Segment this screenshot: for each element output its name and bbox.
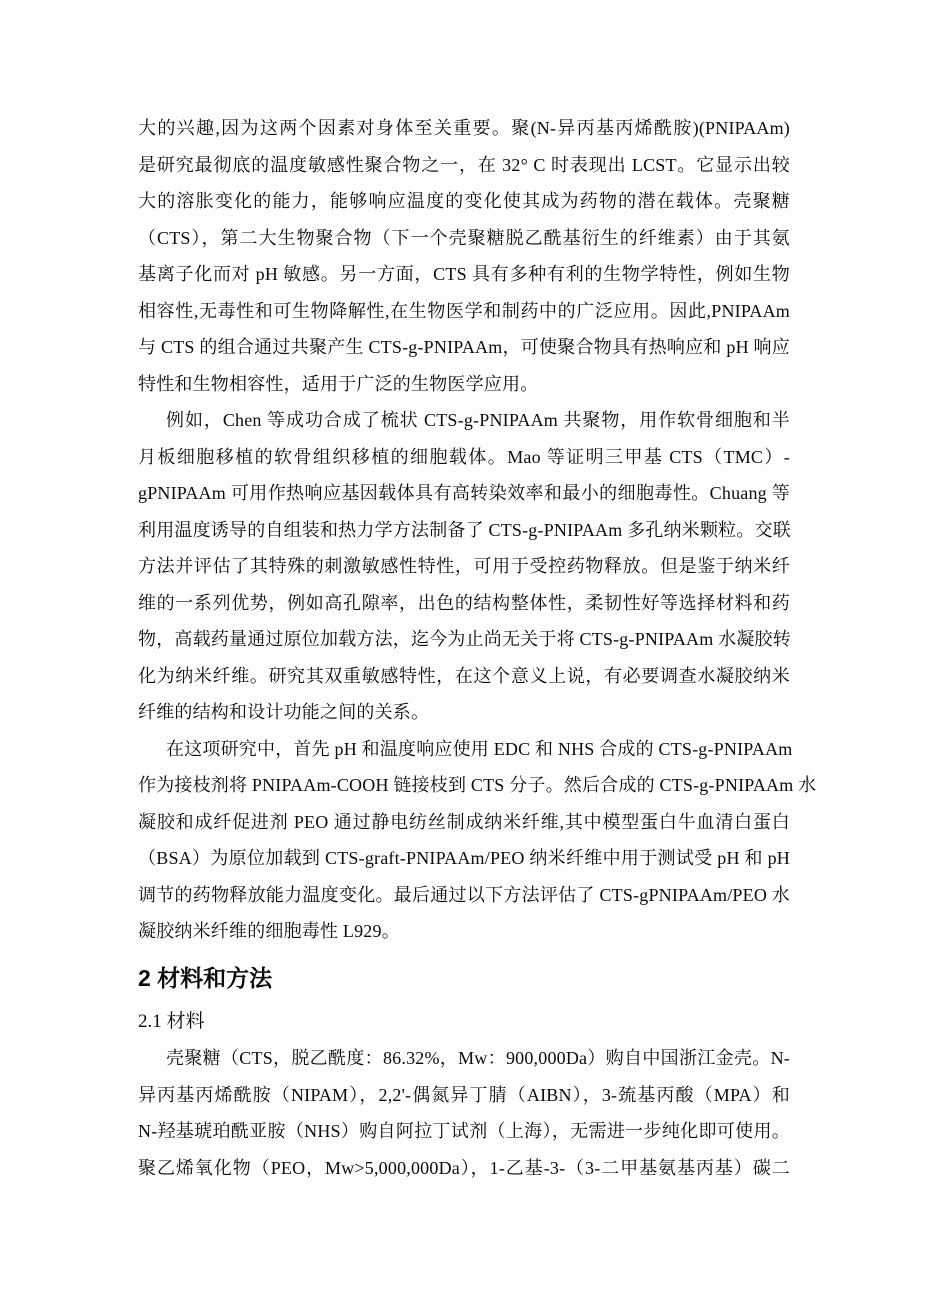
text-line: 作为接枝剂将 PNIPAAm-COOH 链接枝到 CTS 分子。然后合成的 CT… [138,767,790,804]
text-line: 在这项研究中，首先 pH 和温度响应使用 EDC 和 NHS 合成的 CTS-g… [138,731,790,768]
text-line: 例如，Chen 等成功合成了梳状 CTS-g-PNIPAAm 共聚物，用作软骨细… [138,402,790,439]
text-line: 壳聚糖（CTS，脱乙酰度：86.32%，Mw：900,000Da）购自中国浙江金… [138,1040,790,1077]
text-line: 凝胶纳米纤维的细胞毒性 L929。 [138,913,790,950]
text-line: 凝胶和成纤促进剂 PEO 通过静电纺丝制成纳米纤维,其中模型蛋白牛血清白蛋白 [138,804,790,841]
materials-paragraph: 壳聚糖（CTS，脱乙酰度：86.32%，Mw：900,000Da）购自中国浙江金… [138,1040,790,1186]
intro-section: 大的兴趣,因为这两个因素对身体至关重要。聚(N-异丙基丙烯酰胺)(PNIPAAm… [138,110,790,950]
text-line: 月板细胞移植的软骨组织移植的细胞载体。Mao 等证明三甲基 CTS（TMC）- [138,439,790,476]
document-content: 大的兴趣,因为这两个因素对身体至关重要。聚(N-异丙基丙烯酰胺)(PNIPAAm… [138,110,790,1186]
document-page: 大的兴趣,因为这两个因素对身体至关重要。聚(N-异丙基丙烯酰胺)(PNIPAAm… [0,0,925,1309]
text-line: 是研究最彻底的温度敏感性聚合物之一，在 32° C 时表现出 LCST。它显示出… [138,147,790,184]
text-line: （CTS），第二大生物聚合物（下一个壳聚糖脱乙酰基衍生的纤维素）由于其氨 [138,220,790,257]
paragraph: 例如，Chen 等成功合成了梳状 CTS-g-PNIPAAm 共聚物，用作软骨细… [138,402,790,731]
text-line: （BSA）为原位加载到 CTS-graft-PNIPAAm/PEO 纳米纤维中用… [138,840,790,877]
text-line: 相容性,无毒性和可生物降解性,在生物医学和制药中的广泛应用。因此,PNIPAAm [138,293,790,330]
text-line: 异丙基丙烯酰胺（NIPAM），2,2'-偶氮异丁腈（AIBN），3-巯基丙酸（M… [138,1077,790,1114]
section-heading: 2 材料和方法 [138,962,790,994]
text-line: 大的溶胀变化的能力，能够响应温度的变化使其成为药物的潜在载体。壳聚糖 [138,183,790,220]
text-line: 方法并评估了其特殊的刺激敏感性特性，可用于受控药物释放。但是鉴于纳米纤 [138,548,790,585]
text-line: 调节的药物释放能力温度变化。最后通过以下方法评估了 CTS-gPNIPAAm/P… [138,877,790,914]
text-line: gPNIPAAm 可用作热响应基因载体具有高转染效率和最小的细胞毒性。Chuan… [138,475,790,512]
paragraph: 在这项研究中，首先 pH 和温度响应使用 EDC 和 NHS 合成的 CTS-g… [138,731,790,950]
text-line: 与 CTS 的组合通过共聚产生 CTS-g-PNIPAAm，可使聚合物具有热响应… [138,329,790,366]
text-line: 纤维的结构和设计功能之间的关系。 [138,694,790,731]
text-line: 聚乙烯氧化物（PEO，Mw>5,000,000Da），1-乙基-3-（3-二甲基… [138,1150,790,1187]
text-line: 化为纳米纤维。研究其双重敏感特性，在这个意义上说，有必要调查水凝胶纳米 [138,658,790,695]
text-line: 利用温度诱导的自组装和热力学方法制备了 CTS-g-PNIPAAm 多孔纳米颗粒… [138,512,790,549]
subsection-heading: 2.1 材料 [138,1004,790,1041]
text-line: 基离子化而对 pH 敏感。另一方面，CTS 具有多种有利的生物学特性，例如生物 [138,256,790,293]
text-line: 物，高载药量通过原位加载方法，迄今为止尚无关于将 CTS-g-PNIPAAm 水… [138,621,790,658]
text-line: N-羟基琥珀酰亚胺（NHS）购自阿拉丁试剂（上海），无需进一步纯化即可使用。 [138,1113,790,1150]
paragraph: 大的兴趣,因为这两个因素对身体至关重要。聚(N-异丙基丙烯酰胺)(PNIPAAm… [138,110,790,402]
text-line: 大的兴趣,因为这两个因素对身体至关重要。聚(N-异丙基丙烯酰胺)(PNIPAAm… [138,110,790,147]
text-line: 维的一系列优势，例如高孔隙率，出色的结构整体性，柔韧性好等选择材料和药 [138,585,790,622]
text-line: 特性和生物相容性，适用于广泛的生物医学应用。 [138,366,790,403]
